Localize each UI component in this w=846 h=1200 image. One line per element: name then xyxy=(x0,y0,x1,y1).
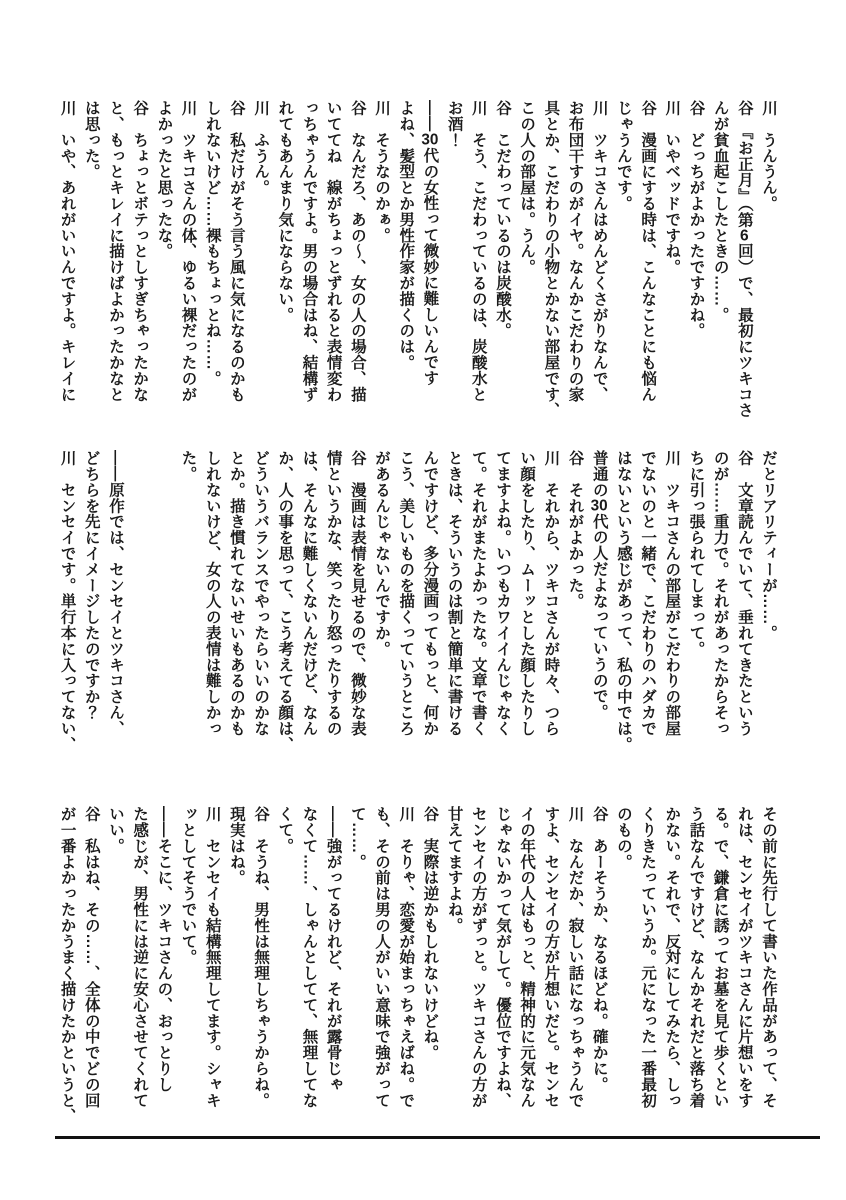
vertical-text-column: 川 それから、ツキコさんが時々、つら xyxy=(538,450,562,768)
vertical-text-column: 川 そうなのかぁ。 xyxy=(369,100,393,425)
vertical-text-column: ッとしてそうでいて。 xyxy=(175,806,199,1116)
vertical-text-column: ――30代の女性って微妙に難しいんです xyxy=(417,100,441,425)
vertical-text-column: ――強がってるけれど、それが露骨じゃ xyxy=(320,806,344,1116)
vertical-text-column: れは、センセイがツキコさんに片想いをす xyxy=(732,806,756,1116)
vertical-text-column: センセイの方がずっと。ツキコさんの方が xyxy=(466,806,490,1116)
vertical-text-column: 谷 こだわっているのは炭酸水。 xyxy=(490,100,514,425)
vertical-text-column: 谷 文章読んでいて、垂れてきたという xyxy=(732,450,756,768)
vertical-text-column: 川 ツキコさんはめんどくさがりなんで、 xyxy=(587,100,611,425)
vertical-text-column: のもの。 xyxy=(611,806,635,1116)
vertical-text-column: ちに引っ張られてしまって。 xyxy=(683,450,707,768)
vertical-text-column xyxy=(151,450,175,768)
vertical-text-column: 谷 漫画は表情を見せるので、微妙な表 xyxy=(345,450,369,768)
vertical-text-column: は、そんなに難しくないんだけど、なん xyxy=(296,450,320,768)
vertical-text-column: その前に先行して書いた作品があって、そ xyxy=(756,806,780,1116)
vertical-text-column: 川 なんだか、寂しい話になっちゃうんで xyxy=(562,806,586,1116)
vertical-text-column: て……。 xyxy=(345,806,369,1116)
vertical-text-column: しれないけど……裸もちょっとね……。 xyxy=(200,100,224,425)
vertical-text-column: 川 そう、こだわっているのは、炭酸水と xyxy=(466,100,490,425)
vertical-text-column: た。 xyxy=(175,450,199,768)
vertical-text-column: はないという感じがあって、私の中では。 xyxy=(611,450,635,768)
vertical-text-column: どういうバランスでやったらいいのかな xyxy=(248,450,272,768)
interview-text-band-middle: だとリアリティーが……。谷 文章読んでいて、垂れてきたというのが……重力で。それ… xyxy=(54,450,780,768)
vertical-text-column: れてもあんまり気にならない。 xyxy=(272,100,296,425)
vertical-text-column: 川 うんうん。 xyxy=(756,100,780,425)
vertical-text-column: る。で、鎌倉に誘ってお墓を見て歩くとい xyxy=(707,806,731,1116)
vertical-text-column: 川 ふうん。 xyxy=(248,100,272,425)
vertical-text-column: お布団干すのがイヤ。なんかこだわりの家 xyxy=(562,100,586,425)
magazine-page: 川 うんうん。谷 『お正月』（第6回）で、最初にツキコさんが貧血起こしたときの…… xyxy=(0,0,846,1200)
vertical-text-column: 谷 それがよかった。 xyxy=(562,450,586,768)
vertical-text-column: ――そこに、ツキコさんの、おっとりし xyxy=(151,806,175,1116)
vertical-text-column: 谷 漫画にする時は、こんなことにも悩ん xyxy=(635,100,659,425)
vertical-text-column: 谷 私だけがそう言う風に気になるのかも xyxy=(224,100,248,425)
vertical-text-column: じゃないかって気がして。優位ですよね、 xyxy=(490,806,514,1116)
vertical-text-column: 川 ツキコさんの体、ゆるい裸だったのが xyxy=(175,100,199,425)
vertical-text-column: いい。 xyxy=(103,806,127,1116)
vertical-text-column: くりきたっていうか。元になった一番最初 xyxy=(635,806,659,1116)
vertical-text-column: ――原作では、センセイとツキコさん、 xyxy=(103,450,127,768)
vertical-text-column: こう、美しいものを描くっていうところ xyxy=(393,450,417,768)
vertical-text-column: 谷 実際は逆かもしれないけどね。 xyxy=(417,806,441,1116)
vertical-text-column: 谷 そうね、男性は無理しちゃうからね。 xyxy=(248,806,272,1116)
vertical-text-column: 具とか、こだわりの小物とかない部屋です、 xyxy=(538,100,562,425)
vertical-text-column: よね、髪型とか男性作家が描くのは。 xyxy=(393,100,417,425)
vertical-text-column: のが……重力で。それがあったからそっ xyxy=(707,450,731,768)
vertical-text-column: 川 ツキコさんの部屋がこだわりの部屋 xyxy=(659,450,683,768)
vertical-text-column: てますよね。いつもカワイイんじゃなく xyxy=(490,450,514,768)
vertical-text-column: この人の部屋は。うん。 xyxy=(514,100,538,425)
vertical-text-column: なくて……、しゃんとしてて、無理してな xyxy=(296,806,320,1116)
vertical-text-column: お酒！ xyxy=(441,100,465,425)
vertical-text-column: 普通の30代の人だよなっていうので。 xyxy=(587,450,611,768)
vertical-text-column: よかったと思ったな。 xyxy=(151,100,175,425)
vertical-text-column xyxy=(127,450,151,768)
vertical-text-column: ときは、そういうのは割と簡単に書ける xyxy=(441,450,465,768)
interview-text-band-top: 川 うんうん。谷 『お正月』（第6回）で、最初にツキコさんが貧血起こしたときの…… xyxy=(54,100,780,425)
vertical-text-column: しれないけど、女の人の表情は難しかっ xyxy=(200,450,224,768)
vertical-text-column: 情というかな、笑ったり怒ったりするの xyxy=(320,450,344,768)
vertical-text-column: だとリアリティーが……。 xyxy=(756,450,780,768)
footer-divider-rule xyxy=(55,1136,820,1139)
vertical-text-column: 谷 なんだろ、あの〜、女の人の場合、描 xyxy=(345,100,369,425)
vertical-text-column: か、人の事を思って、こう考えてる顔は、 xyxy=(272,450,296,768)
vertical-text-column: 川 いやベッドですね。 xyxy=(659,100,683,425)
vertical-text-column: とか。描き慣れてないせいもあるのかも xyxy=(224,450,248,768)
vertical-text-column: んが貧血起こしたときの……。 xyxy=(707,100,731,425)
vertical-text-column: 谷 ちょっとボテっとしすぎちゃったかな xyxy=(127,100,151,425)
vertical-text-column: い顔をしたり、ムーッとした顔したりし xyxy=(514,450,538,768)
vertical-text-column: 川 センセイも結構無理してます。シャキ xyxy=(200,806,224,1116)
vertical-text-column: と、もっとキレイに描けばよかったかなと xyxy=(103,100,127,425)
vertical-text-column: 川 センセイです。単行本に入ってない、 xyxy=(54,450,78,768)
vertical-text-column: 川 そりゃ、恋愛が始まっちゃえばね。で xyxy=(393,806,417,1116)
vertical-text-column: 谷 あーそうか、なるほどね。確かに。 xyxy=(587,806,611,1116)
vertical-text-column: イの年代の人はもっと、精神的に元気なん xyxy=(514,806,538,1116)
vertical-text-column: て。それがまたよかったな。文章で書く xyxy=(466,450,490,768)
vertical-text-column: くて。 xyxy=(272,806,296,1116)
vertical-text-column: 甘えてますよね。 xyxy=(441,806,465,1116)
vertical-text-column: 現実はね。 xyxy=(224,806,248,1116)
vertical-text-column: じゃうんです。 xyxy=(611,100,635,425)
vertical-text-column: があるんじゃないんですか。 xyxy=(369,450,393,768)
vertical-text-column: すよ、センセイの方が片想いだと。センセ xyxy=(538,806,562,1116)
vertical-text-column: どちらを先にイメージしたのですか？ xyxy=(79,450,103,768)
vertical-text-column: は思った。 xyxy=(79,100,103,425)
vertical-text-column: が一番よかったかうまく描けたかというと、 xyxy=(54,806,78,1116)
vertical-text-column: っちゃうんですよ。男の場合はね、結構ず xyxy=(296,100,320,425)
vertical-text-column: た感じが、男性には逆に安心させてくれて xyxy=(127,806,151,1116)
vertical-text-column: も、その前は男の人がいい意味で強がって xyxy=(369,806,393,1116)
vertical-text-column: んですけど、多分漫画ってもっと、何か xyxy=(417,450,441,768)
vertical-text-column: 谷 『お正月』（第6回）で、最初にツキコさ xyxy=(732,100,756,425)
vertical-text-column: かない。それで、反対にしてみたら、しっ xyxy=(659,806,683,1116)
interview-text-band-bottom: その前に先行して書いた作品があって、それは、センセイがツキコさんに片想いをする。… xyxy=(54,806,780,1116)
vertical-text-column: う話なんですけど、なんかそれだと落ち着 xyxy=(683,806,707,1116)
vertical-text-column: でないのと一緒で、こだわりのハダカで xyxy=(635,450,659,768)
vertical-text-column: いててね 線がちょっとずれると表情変わ xyxy=(320,100,344,425)
vertical-text-column: 谷 私はね、その……、全体の中でどの回 xyxy=(79,806,103,1116)
vertical-text-column: 川 いや、あれがいいんですよ。キレイに xyxy=(54,100,78,425)
vertical-text-column: 谷 どっちがよかったですかね。 xyxy=(683,100,707,425)
